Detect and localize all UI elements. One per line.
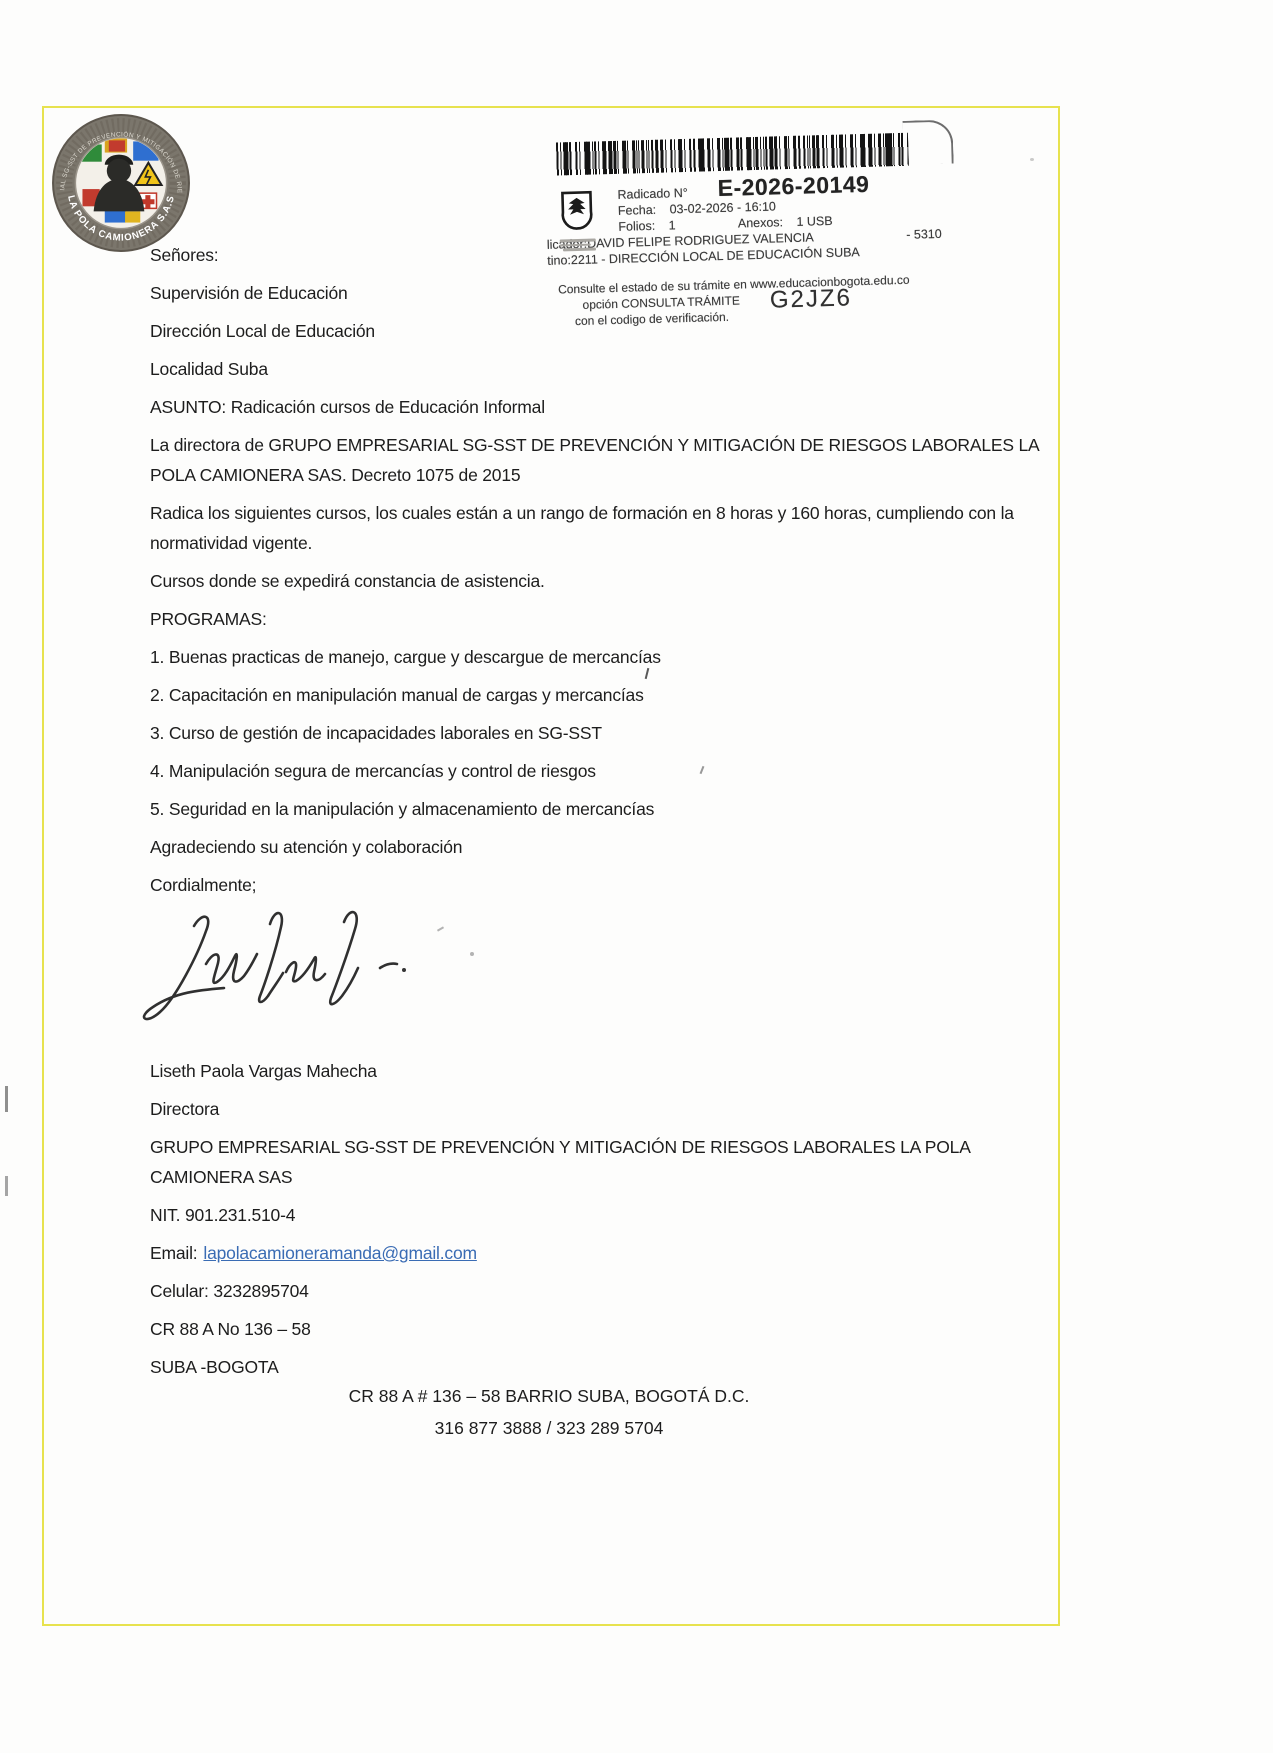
- company-seal-logo: GRUPO EMPRESARIAL SG-SST DE PREVENCIÓN Y…: [50, 112, 192, 254]
- recipient-line: Señores:: [150, 240, 1050, 270]
- recipient-line: Supervisión de Educación: [150, 278, 1050, 308]
- company-nit: NIT. 901.231.510-4: [150, 1200, 1050, 1230]
- radicado-number: E-2026-20149: [717, 176, 869, 196]
- intro-paragraph: La directora de GRUPO EMPRESARIAL SG-SST…: [150, 430, 1050, 490]
- signer-name: Liseth Paola Vargas Mahecha: [150, 1056, 1050, 1086]
- celular-row: Celular: 3232895704: [150, 1276, 1050, 1306]
- program-item: 2. Capacitación en manipulación manual d…: [150, 680, 1050, 710]
- closing-salute: Cordialmente;: [150, 870, 1050, 900]
- scanned-letter-page: GRUPO EMPRESARIAL SG-SST DE PREVENCIÓN Y…: [0, 0, 1273, 1753]
- company-seal-icon: GRUPO EMPRESARIAL SG-SST DE PREVENCIÓN Y…: [50, 112, 192, 254]
- radica-paragraph: Radica los siguientes cursos, los cuales…: [150, 498, 1050, 558]
- closing-thanks: Agradeciendo su atención y colaboración: [150, 832, 1050, 862]
- program-item: 5. Seguridad en la manipulación y almace…: [150, 794, 1050, 824]
- folios-value: 1: [668, 218, 675, 232]
- handwritten-signature: [132, 902, 432, 1052]
- company-name: GRUPO EMPRESARIAL SG-SST DE PREVENCIÓN Y…: [150, 1132, 1050, 1192]
- scan-artifact: [470, 952, 474, 956]
- footer-phones: 316 877 3888 / 323 289 5704: [42, 1412, 1056, 1444]
- signer-title: Directora: [150, 1094, 1050, 1124]
- scan-artifact: [1030, 158, 1034, 161]
- program-item: 4. Manipulación segura de mercancías y c…: [150, 756, 1050, 786]
- program-item: 1. Buenas practicas de manejo, cargue y …: [150, 642, 1050, 672]
- letter-body: Señores: Supervisión de Educación Direcc…: [150, 240, 1050, 1390]
- recipient-line: Localidad Suba: [150, 354, 1050, 384]
- anexos-value: 1 USB: [796, 214, 833, 229]
- scan-artifact: [5, 1086, 8, 1112]
- cursos-paragraph: Cursos donde se expedirá constancia de a…: [150, 566, 1050, 596]
- subject-line: ASUNTO: Radicación cursos de Educación I…: [150, 392, 1050, 422]
- signature-block: [150, 908, 1050, 1050]
- address-row: CR 88 A No 136 – 58: [150, 1314, 1050, 1344]
- email-link: lapolacamioneramanda@gmail.com: [203, 1243, 476, 1263]
- scan-artifact: [5, 1176, 8, 1196]
- programs-heading: PROGRAMAS:: [150, 604, 1050, 634]
- radicado-label: Radicado N°: [617, 185, 688, 203]
- fecha-label: Fecha:: [618, 203, 657, 218]
- email-row: Email:lapolacamioneramanda@gmail.com: [150, 1238, 1050, 1268]
- email-label: Email:: [150, 1243, 197, 1263]
- recipient-line: Dirección Local de Educación: [150, 316, 1050, 346]
- barcode: [556, 133, 909, 176]
- program-item: 3. Curso de gestión de incapacidades lab…: [150, 718, 1050, 748]
- stamp-border-corner: [903, 119, 954, 164]
- footer-address: CR 88 A # 136 – 58 BARRIO SUBA, BOGOTÁ D…: [42, 1380, 1056, 1412]
- anexos-label: Anexos:: [738, 215, 784, 230]
- city-row: SUBA -BOGOTA: [150, 1352, 1050, 1382]
- letter-footer: CR 88 A # 136 – 58 BARRIO SUBA, BOGOTÁ D…: [42, 1380, 1056, 1444]
- folios-label: Folios:: [618, 219, 655, 234]
